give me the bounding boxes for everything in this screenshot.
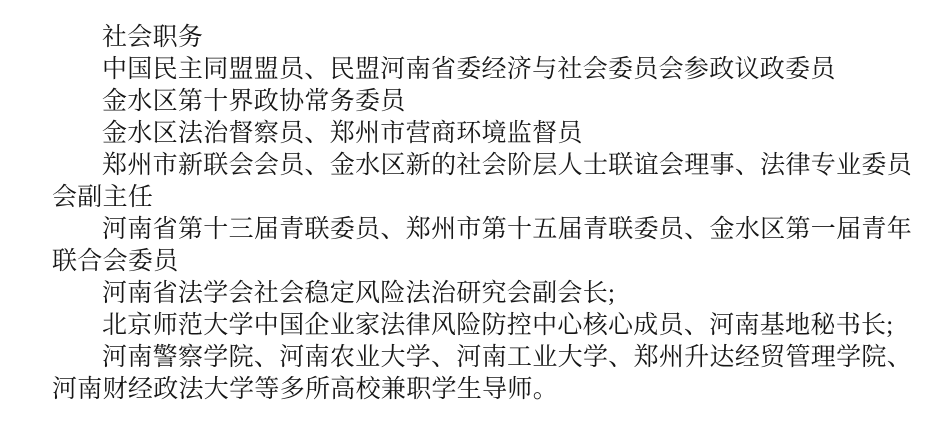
paragraph: 河南省第十三届青联委员、郑州市第十五届青联委员、金水区第一届青年联合会委员 (52, 214, 912, 278)
paragraph: 金水区法治督察员、郑州市营商环境监督员 (52, 118, 912, 150)
paragraph: 河南警察学院、河南农业大学、河南工业大学、郑州升达经贸管理学院、河南财经政法大学… (52, 342, 912, 406)
paragraph: 北京师范大学中国企业家法律风险防控中心核心成员、河南基地秘书长; (52, 310, 912, 342)
section-heading: 社会职务 (52, 22, 912, 54)
paragraph: 郑州市新联会会员、金水区新的社会阶层人士联谊会理事、法律专业委员会副主任 (52, 150, 912, 214)
paragraph: 金水区第十界政协常务委员 (52, 86, 912, 118)
social-positions-section: 社会职务 中国民主同盟盟员、民盟河南省委经济与社会委员会参政议政委员金水区第十界… (52, 22, 912, 406)
paragraph: 河南省法学会社会稳定风险法治研究会副会长; (52, 278, 912, 310)
paragraph-list: 中国民主同盟盟员、民盟河南省委经济与社会委员会参政议政委员金水区第十界政协常务委… (52, 54, 912, 406)
document-page: 社会职务 中国民主同盟盟员、民盟河南省委经济与社会委员会参政议政委员金水区第十界… (0, 0, 926, 428)
paragraph: 中国民主同盟盟员、民盟河南省委经济与社会委员会参政议政委员 (52, 54, 912, 86)
